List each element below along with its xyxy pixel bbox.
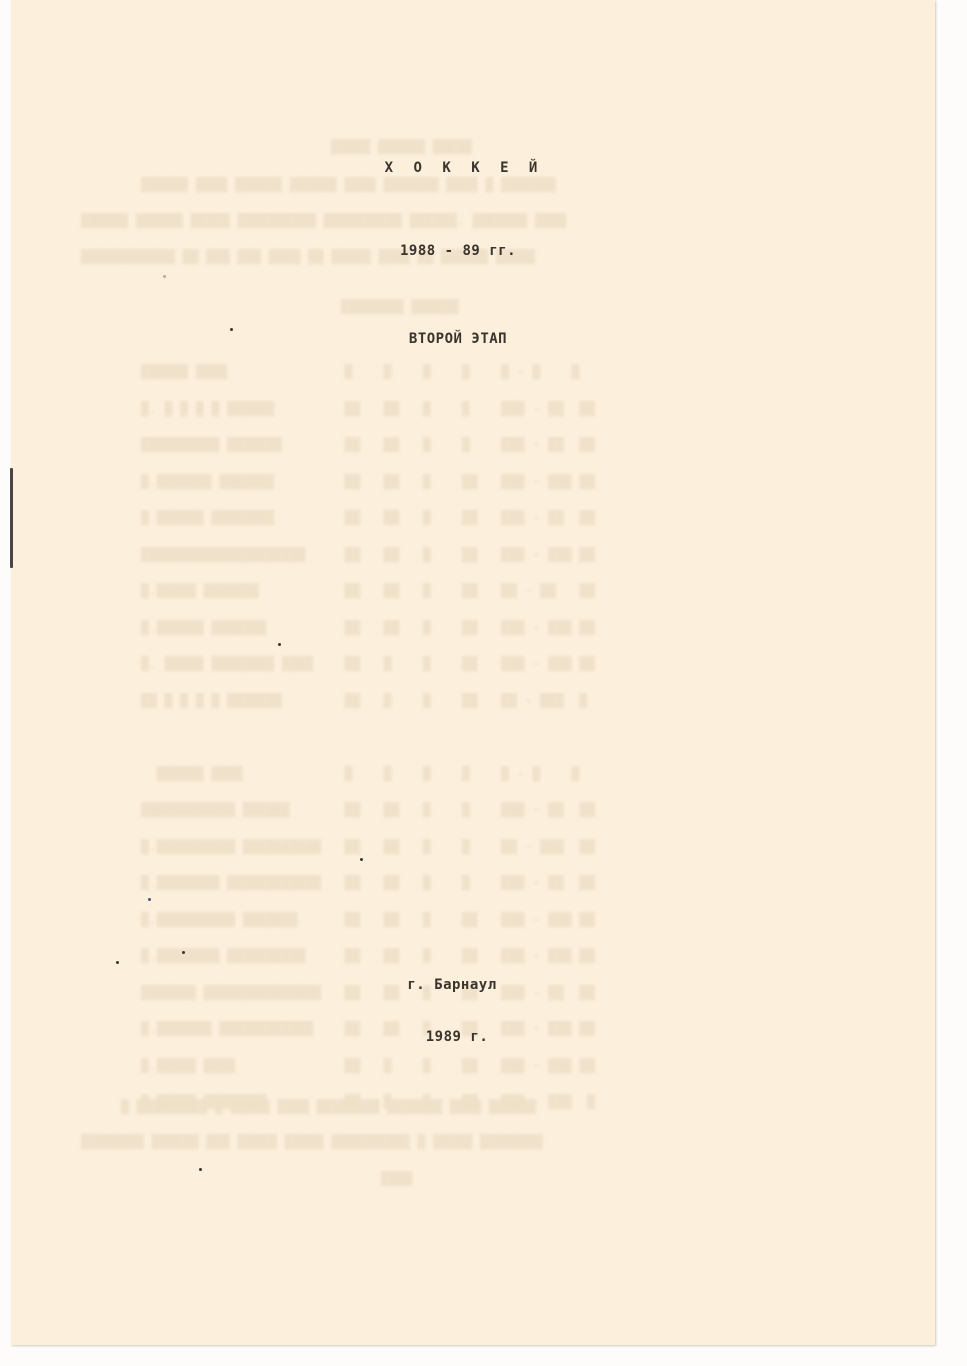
bleed-through-text: ██████ ██████ █████ ██████████ █████████… — [81, 214, 566, 229]
ink-speck — [230, 328, 233, 331]
city-name: г. Барнаул — [407, 977, 496, 993]
ink-speck — [163, 275, 166, 278]
binding-staple-mark — [10, 468, 13, 568]
bleed-through-text: ████ — [381, 1172, 412, 1187]
ink-speck — [148, 898, 151, 901]
ink-speck — [278, 643, 281, 646]
document-page: █████ ██████ █████ ██████ ████ ██████ ██… — [11, 0, 935, 1345]
bleed-through-text: █████ ██████ █████ — [331, 140, 472, 155]
publication-year: 1989 г. — [426, 1029, 489, 1045]
ink-speck — [360, 858, 363, 861]
bleed-through-text: ████████ ██████ — [341, 300, 458, 315]
ink-speck — [182, 951, 185, 954]
ink-speck — [199, 1168, 202, 1171]
ink-speck — [116, 961, 119, 964]
season-years: 1988 - 89 гг. — [400, 243, 516, 259]
stage-heading: ВТОРОЙ ЭТАП — [409, 331, 507, 347]
document-title: Х О К К Е Й — [385, 160, 544, 176]
bleed-through-text: ████████ ██████ ███ █████ █████ ████████… — [81, 1135, 543, 1150]
bleed-through-text: █ █████████ █ █████ ████ ████████ ██████… — [121, 1100, 536, 1115]
bleed-through-table: ██████ ████ █ █ █ █ █ - █ █ █. █ █ █ █ █… — [141, 355, 595, 1122]
bleed-through-text: ██████ ████ ██████ ██████ ████ ███████ █… — [141, 178, 556, 193]
